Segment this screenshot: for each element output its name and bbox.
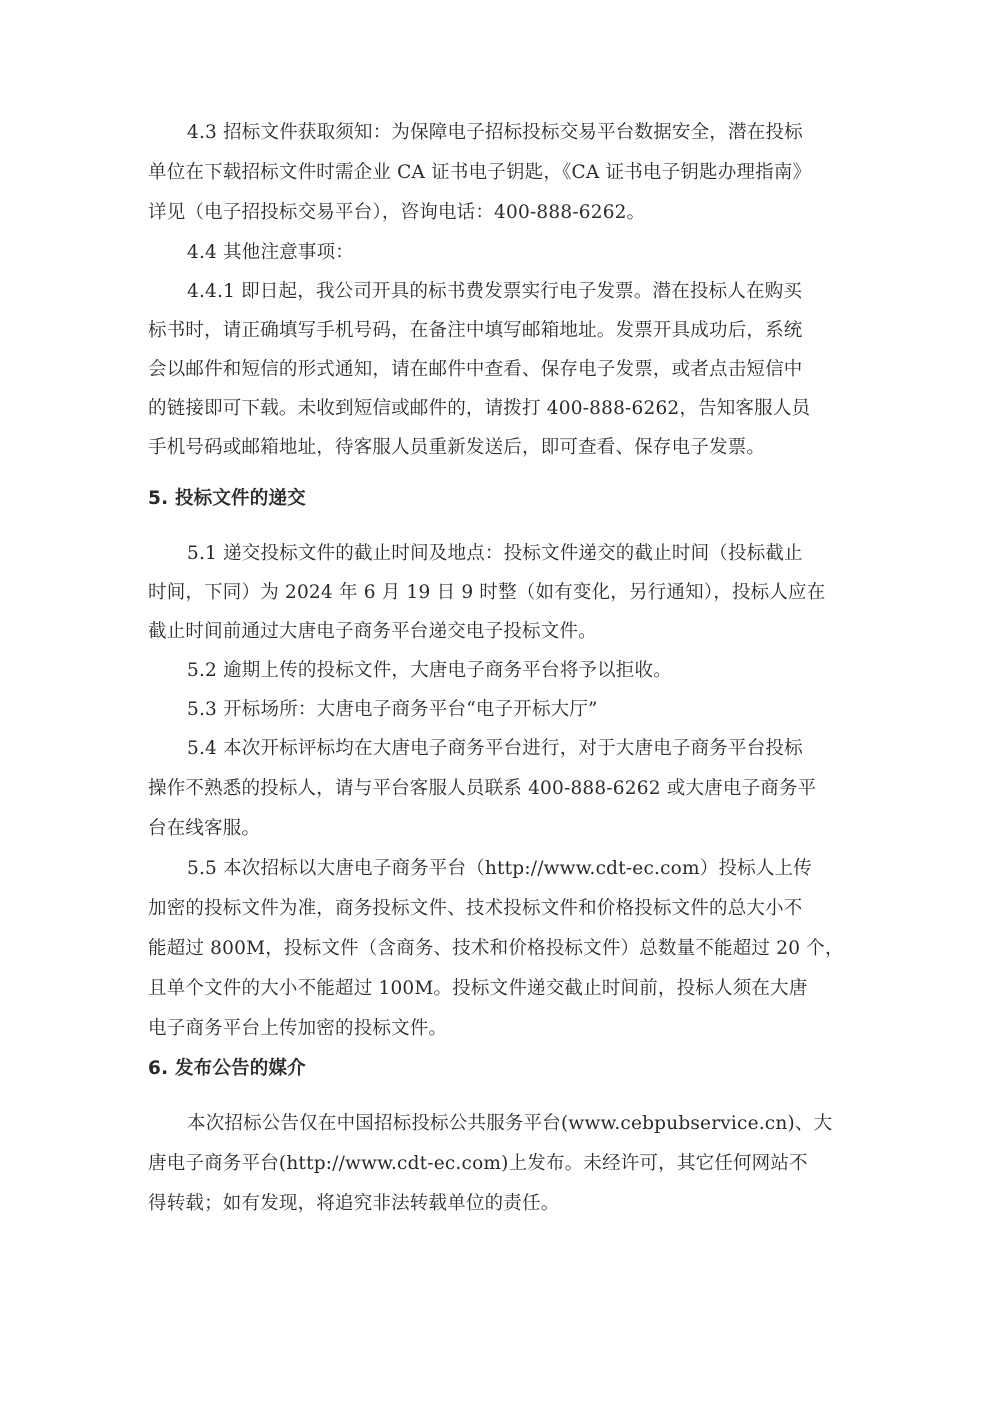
paragraph-6-line-1: 本次招标公告仅在中国招标投标公共服务平台(www.cebpubservice.c… [187, 1109, 832, 1139]
paragraph-5-4-line-1: 5.4 本次开标评标均在大唐电子商务平台进行，对于大唐电子商务平台投标 [187, 734, 803, 764]
paragraph-5-3: 5.3 开标场所：大唐电子商务平台“电子开标大厅” [187, 695, 598, 725]
paragraph-4-4-1-line-1: 4.4.1 即日起，我公司开具的标书费发票实行电子发票。潜在投标人在购买 [187, 277, 802, 307]
paragraph-5-5-line-4: 且单个文件的大小不能超过 100M。投标文件递交截止时间前，投标人须在大唐 [148, 974, 808, 1004]
section-heading-5: 5. 投标文件的递交 [148, 484, 306, 514]
paragraph-5-1-line-3: 截止时间前通过大唐电子商务平台递交电子投标文件。 [148, 617, 597, 647]
paragraph-5-4-line-2: 操作不熟悉的投标人，请与平台客服人员联系 400-888-6262 或大唐电子商… [148, 774, 816, 804]
paragraph-6-line-3: 得转载；如有发现，将追究非法转载单位的责任。 [148, 1189, 559, 1219]
paragraph-4-4-1-line-3: 会以邮件和短信的形式通知，请在邮件中查看、保存电子发票，或者点击短信中 [148, 355, 803, 385]
paragraph-4-4-1-line-4: 的链接即可下载。未收到短信或邮件的，请拨打 400-888-6262，告知客服人… [148, 394, 810, 424]
paragraph-4-4-1-line-5: 手机号码或邮箱地址，待客服人员重新发送后，即可查看、保存电子发票。 [148, 433, 765, 463]
paragraph-4-3-line-3: 详见（电子招投标交易平台），咨询电话：400-888-6262。 [148, 198, 645, 228]
paragraph-4-4-1-line-2: 标书时，请正确填写手机号码，在备注中填写邮箱地址。发票开具成功后，系统 [148, 316, 803, 346]
paragraph-5-1-line-1: 5.1 递交投标文件的截止时间及地点：投标文件递交的截止时间（投标截止 [187, 539, 803, 569]
paragraph-6-line-2: 唐电子商务平台(http://www.cdt-ec.com)上发布。未经许可，其… [148, 1149, 808, 1179]
paragraph-5-4-line-3: 台在线客服。 [148, 814, 260, 844]
paragraph-4-4: 4.4 其他注意事项： [187, 238, 354, 268]
paragraph-5-2: 5.2 逾期上传的投标文件，大唐电子商务平台将予以拒收。 [187, 656, 672, 686]
paragraph-5-5-line-5: 电子商务平台上传加密的投标文件。 [148, 1014, 447, 1044]
paragraph-5-5-line-2: 加密的投标文件为准，商务投标文件、技术投标文件和价格投标文件的总大小不 [148, 894, 803, 924]
paragraph-5-1-line-2: 时间，下同）为 2024 年 6 月 19 日 9 时整（如有变化，另行通知），… [148, 578, 825, 608]
paragraph-5-5-line-1: 5.5 本次招标以大唐电子商务平台（http://www.cdt-ec.com）… [187, 854, 812, 884]
paragraph-4-3-line-1: 4.3 招标文件获取须知：为保障电子招标投标交易平台数据安全，潜在投标 [187, 118, 803, 148]
paragraph-5-5-line-3: 能超过 800M，投标文件（含商务、技术和价格投标文件）总数量不能超过 20 个… [148, 934, 844, 964]
section-heading-6: 6. 发布公告的媒介 [148, 1054, 306, 1084]
paragraph-4-3-line-2: 单位在下载招标文件时需企业 CA 证书电子钥匙，《CA 证书电子钥匙办理指南》 [148, 158, 811, 188]
